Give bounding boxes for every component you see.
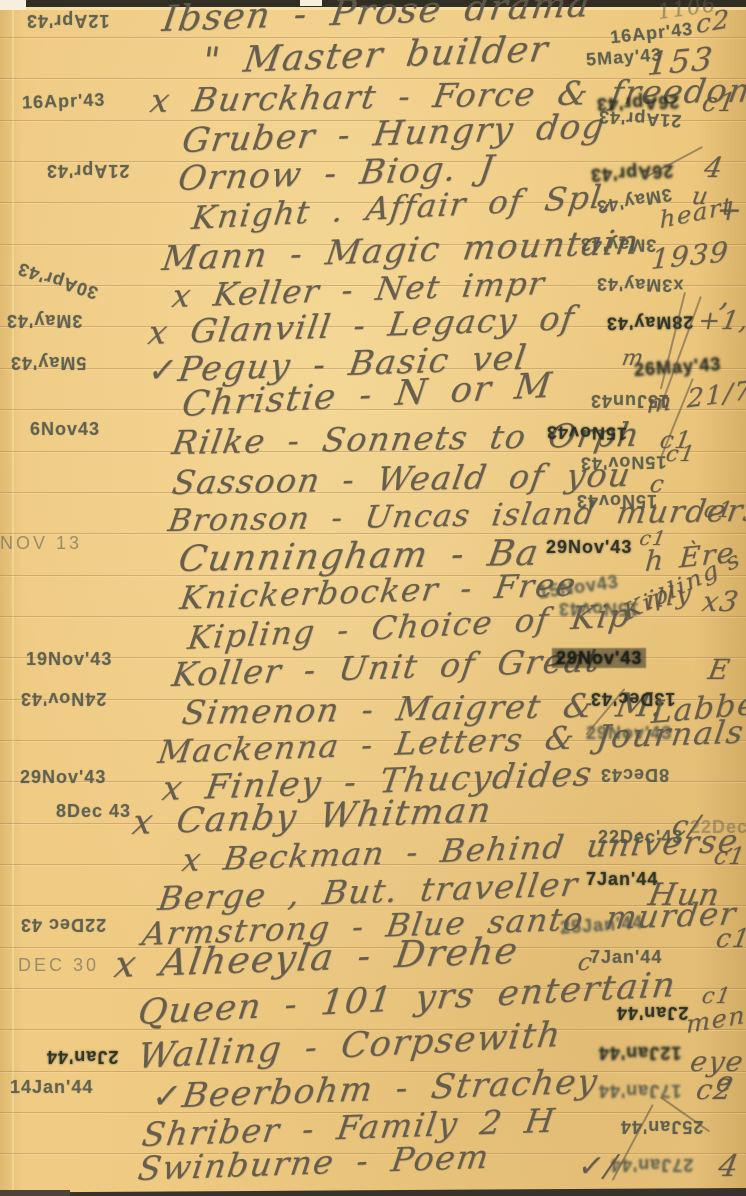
date-stamp: 29Nov'43 [586, 724, 672, 742]
annotation-mark: E [706, 656, 733, 684]
annotation-mark: m [620, 348, 646, 370]
date-stamp: 29Nov'43 [546, 538, 632, 556]
date-stamp: 19Nov'43 [26, 650, 112, 668]
annotation-mark: c1 [714, 926, 746, 952]
date-stamp: 24Nov'43 [20, 690, 106, 708]
date-stamp: 21Apr'43 [598, 108, 682, 130]
annotation-mark: 4 [702, 154, 726, 182]
date-stamp: 15Nov43 [546, 423, 627, 442]
date-stamp: 7Jan'44 [586, 870, 658, 888]
library-card: 1106 12Apr'43Ibsen - Prose drama16Apr'43… [0, 0, 746, 1196]
annotation-mark: + [714, 196, 746, 226]
card-bottom-left-edge [0, 1190, 70, 1196]
card-bottom-edge [60, 1188, 746, 1196]
date-stamp: 5May'43 [10, 354, 86, 372]
date-stamp: NOV 13 [0, 534, 82, 552]
date-stamp: 8Dec43 [600, 766, 669, 784]
date-stamp: 15Nov43 [576, 492, 657, 510]
annotation-mark: eye [688, 1048, 746, 1076]
annotation-mark: 4 [716, 1152, 742, 1182]
date-stamp: 17Jan'44 [598, 1082, 681, 1100]
paper-chip [0, 0, 26, 10]
date-stamp: 14Jan'44 [10, 1078, 93, 1096]
date-stamp: 16Apr'43 [22, 91, 106, 112]
date-stamp: 21Apr'43 [46, 162, 129, 180]
annotation-mark: c1 [700, 90, 739, 116]
date-stamp: x3May'43 [596, 275, 684, 295]
annotation-mark: c2 [696, 6, 731, 38]
date-stamp: 7Jan'44 [590, 948, 662, 966]
date-stamp: 25Jan'44 [620, 1118, 703, 1136]
annotation-mark: c1 [712, 844, 746, 868]
entry-text: " Master builder [200, 32, 551, 80]
annotation-mark: +1, [696, 308, 746, 334]
entry-text: Swinburne - Poem [136, 1140, 492, 1185]
date-stamp: 6Nov43 [30, 420, 100, 438]
annotation-mark: x3 [700, 588, 742, 616]
date-stamp: 12Apr'43 [26, 12, 109, 30]
date-stamp: 12Jan'44 [598, 1044, 681, 1062]
entry-text: Sassoon - Weald of you [170, 458, 634, 499]
annotation-mark: 1939 [650, 238, 730, 274]
date-stamp: DEC 30 [18, 956, 99, 974]
date-stamp: 22Dec 43 [20, 916, 106, 934]
date-stamp: 29Nov'43 [20, 768, 106, 786]
date-stamp: 30Apr'43 [15, 260, 100, 303]
date-stamp: 3May'43 [580, 235, 657, 254]
date-stamp: 3May'43 [6, 312, 82, 330]
card-crease [12, 0, 14, 1196]
date-stamp: 2Jan'44 [46, 1048, 118, 1066]
annotation-mark: c1 [638, 528, 668, 548]
annotation-mark: c1 [702, 500, 735, 522]
date-stamp: 22Dec'43 [598, 828, 683, 846]
date-stamp: 2Jan'44 [616, 1004, 688, 1022]
annotation-mark: c2 [694, 1076, 735, 1104]
annotation-mark: c1 [700, 986, 733, 1008]
date-stamp: 28May'43 [606, 313, 694, 333]
date-stamp: 29Nov'43 [552, 648, 646, 668]
annotation-mark: c1 [664, 444, 697, 466]
date-stamp: 8Dec 43 [56, 802, 131, 820]
